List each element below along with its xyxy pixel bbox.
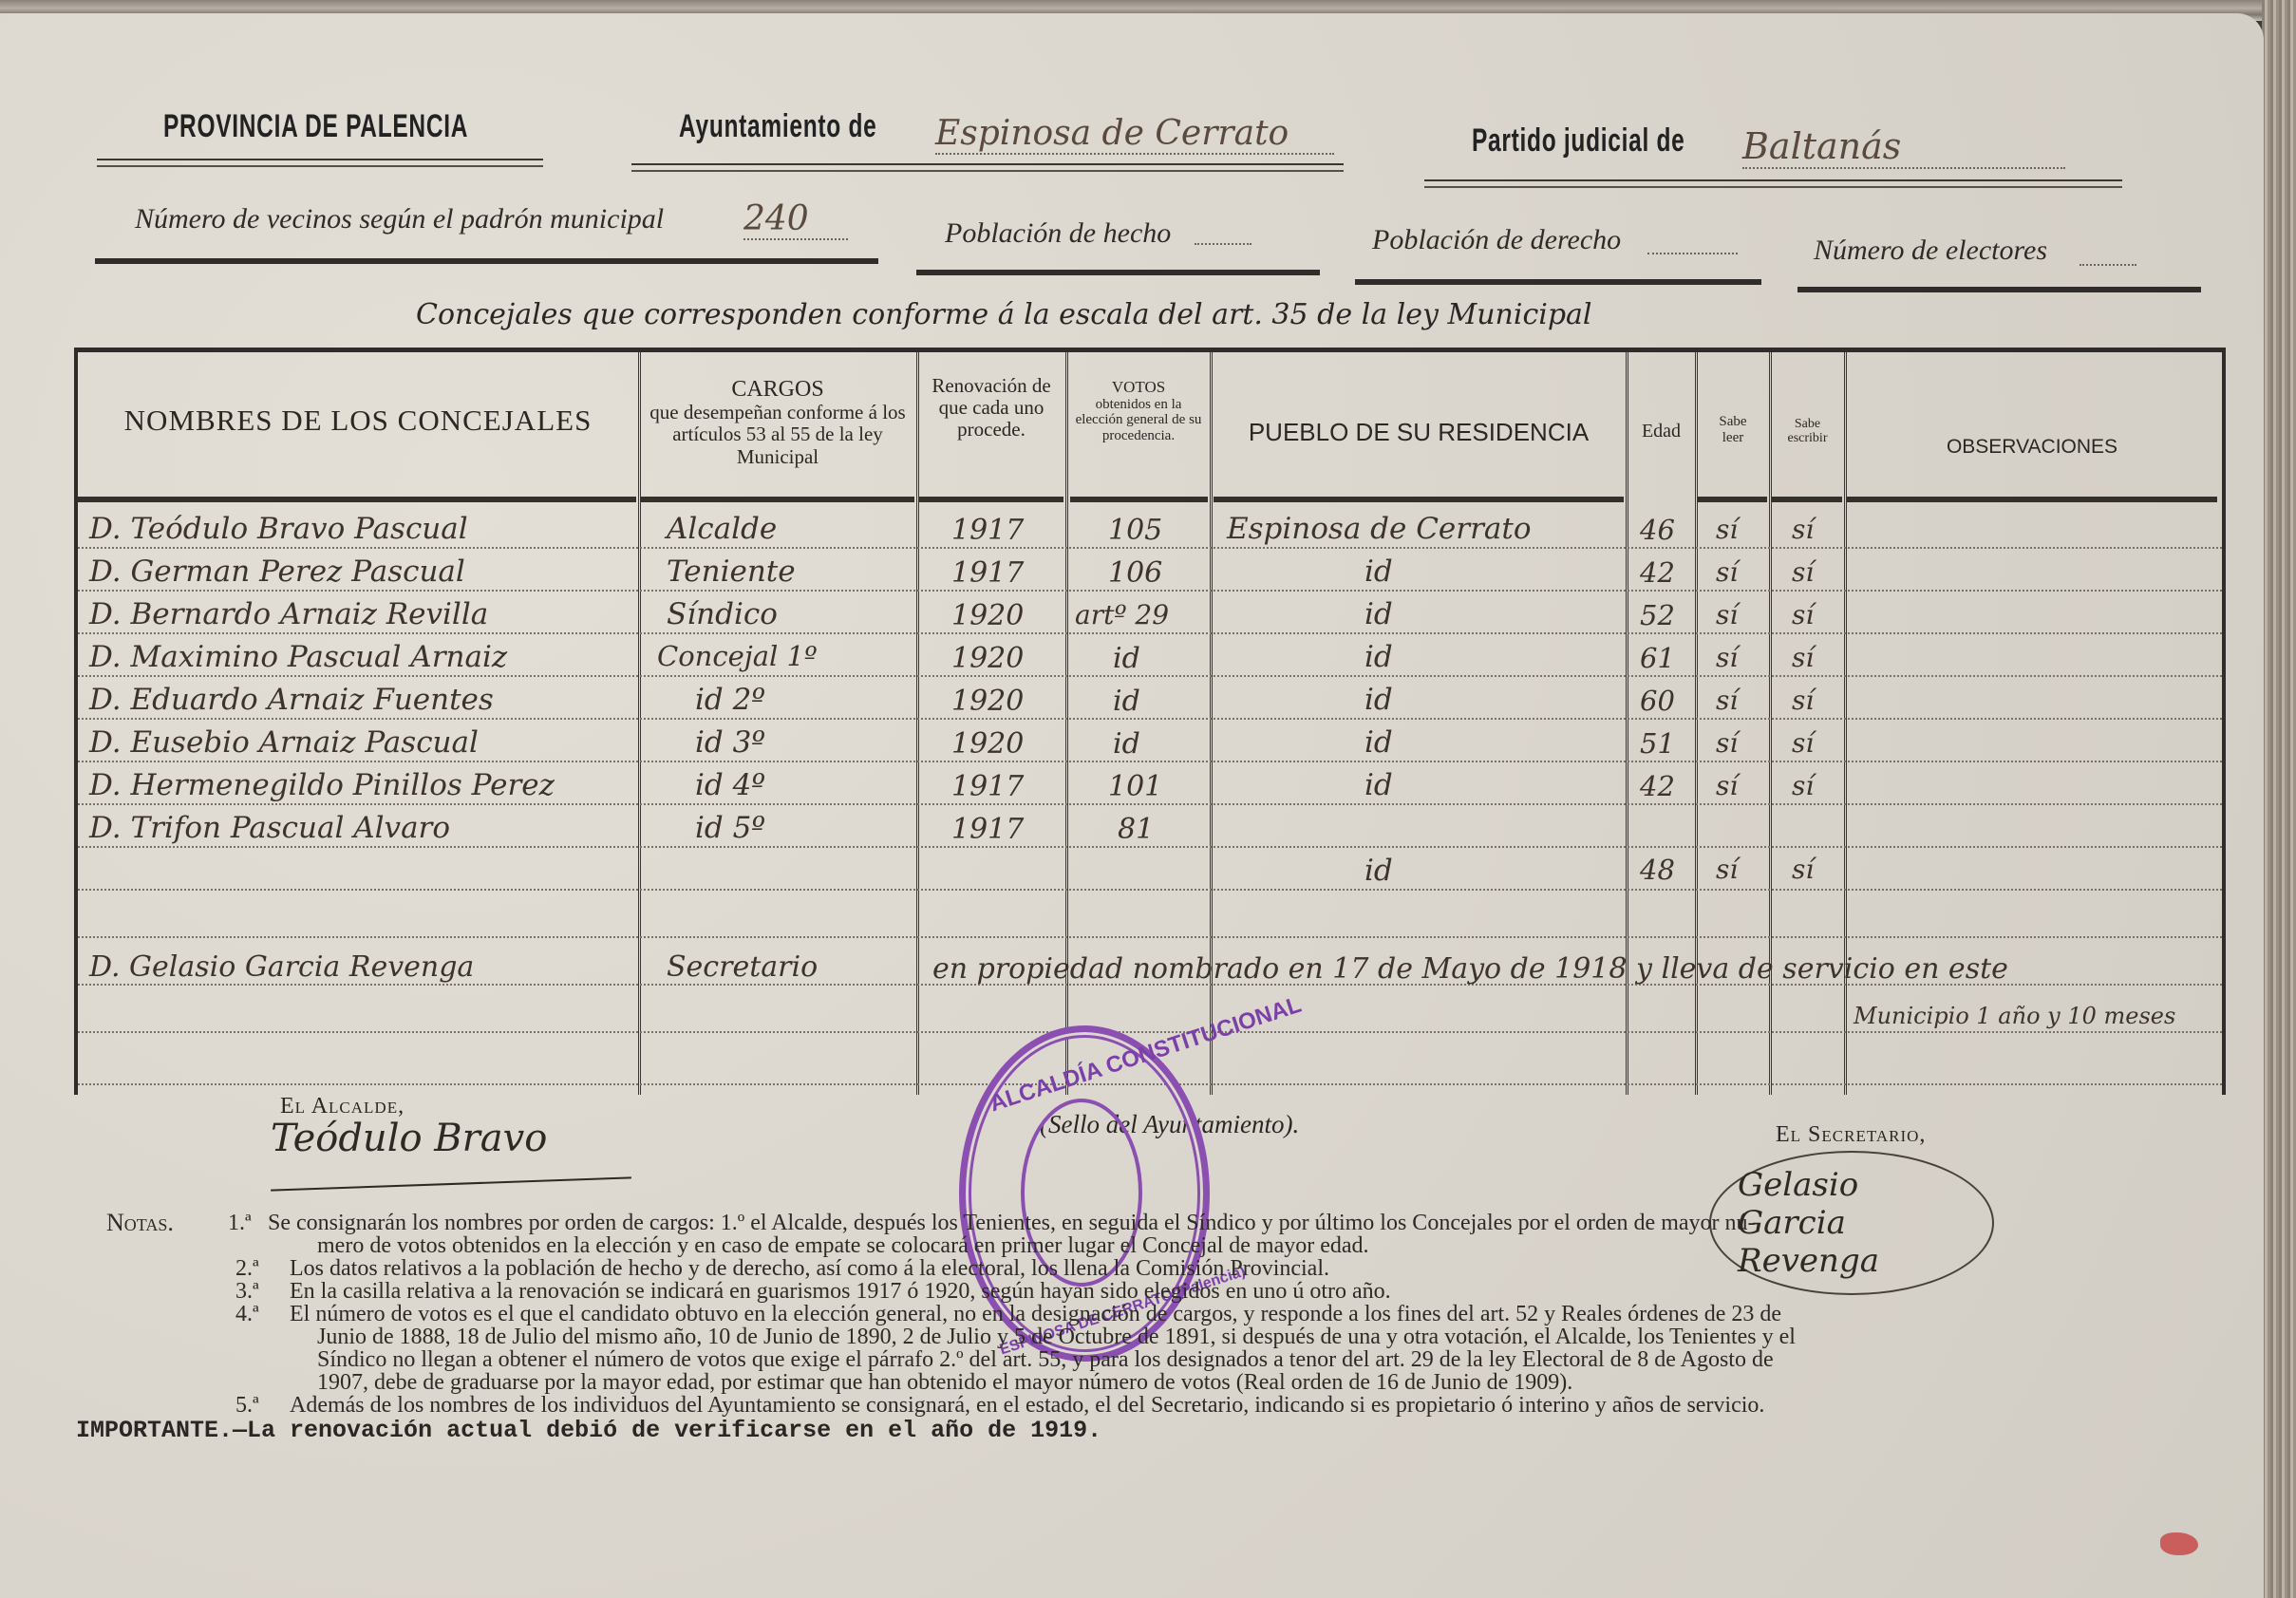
header-rule xyxy=(1070,497,1208,502)
row-line xyxy=(78,718,2222,720)
cell-nombre: D. Maximino Pascual Arnaiz xyxy=(89,640,507,674)
header-rule xyxy=(641,497,914,502)
cell-votos: id xyxy=(1113,642,1140,675)
cell-votos: 101 xyxy=(1108,770,1162,803)
cell-renovacion: 1920 xyxy=(951,642,1024,675)
vecinos-value: 240 xyxy=(743,199,848,240)
cell-nombre: D. Eusebio Arnaiz Pascual xyxy=(89,725,479,760)
electores-label: Número de electores xyxy=(1814,235,2047,267)
cell-renovacion: 1920 xyxy=(951,727,1024,761)
note-5-num: 5.ª xyxy=(235,1394,259,1417)
cell-pueblo: id xyxy=(1364,854,1393,888)
note-1-num: 1.ª xyxy=(228,1212,252,1234)
cell-cargo: id 5º xyxy=(695,811,765,845)
note-4-num: 4.ª xyxy=(235,1303,259,1325)
vecinos-label: Número de vecinos según el padrón munici… xyxy=(135,203,664,235)
note-4-line-4: 1907, debe de graduarse por la mayor eda… xyxy=(317,1371,1572,1394)
cell-pueblo: id xyxy=(1364,683,1393,717)
cell-sabe-leer: sí xyxy=(1716,854,1738,885)
header-observaciones: OBSERVACIONES xyxy=(1846,436,2218,458)
alcalde-label: El Alcalde, xyxy=(280,1094,405,1119)
row-line xyxy=(78,889,2222,891)
divider xyxy=(1797,287,2201,292)
cell-pueblo: id xyxy=(1364,768,1393,802)
cell-sabe-leer: sí xyxy=(1716,727,1738,759)
secretario-observacion-cont: Municipio 1 año y 10 meses xyxy=(1854,1003,2175,1029)
cell-nombre: D. Bernardo Arnaiz Revilla xyxy=(89,597,488,631)
note-3-line-1: En la casilla relativa a la renovación s… xyxy=(290,1280,1391,1303)
header-sabe-leer: Sabe leer xyxy=(1697,414,1769,445)
cell-sabe-escribir: sí xyxy=(1792,854,1814,885)
cell-cargo: id 2º xyxy=(695,683,765,717)
divider xyxy=(631,163,1344,172)
ayuntamiento-value: Espinosa de Cerrato xyxy=(935,114,1334,155)
header-rule xyxy=(1772,497,1842,502)
importante-notice: IMPORTANTE.—La renovación actual debió d… xyxy=(76,1417,1101,1444)
header-edad: Edad xyxy=(1628,421,1695,442)
alcalde-signature: Teódulo Bravo xyxy=(271,1117,547,1160)
cell-edad: 52 xyxy=(1640,599,1675,631)
cell-edad: 46 xyxy=(1640,514,1675,546)
divider xyxy=(1355,279,1761,285)
cell-pueblo: id xyxy=(1364,555,1393,589)
header-cargos-sub: que desempeñan conforme á los artículos … xyxy=(640,402,915,467)
header-pueblo: PUEBLO DE SU RESIDENCIA xyxy=(1212,419,1626,446)
cell-sabe-escribir: sí xyxy=(1792,727,1814,759)
cell-pueblo: id xyxy=(1364,597,1393,631)
cell-cargo: id 3º xyxy=(695,725,765,760)
cell-renovacion: 1920 xyxy=(951,685,1024,718)
cell-sabe-leer: sí xyxy=(1716,642,1738,673)
note-1-line-1: Se consignarán los nombres por orden de … xyxy=(268,1212,1756,1234)
importante-label: IMPORTANTE. xyxy=(76,1417,233,1444)
row-line xyxy=(78,547,2222,549)
cell-sabe-escribir: sí xyxy=(1792,642,1814,673)
cell-sabe-escribir: sí xyxy=(1792,556,1814,588)
divider xyxy=(916,270,1320,275)
row-line xyxy=(78,1031,2222,1033)
header-rule xyxy=(1698,497,1767,502)
notes-label: Notas. xyxy=(106,1212,174,1234)
cell-cargo: Alcalde xyxy=(667,512,777,546)
header-nombres: NOMBRES DE LOS CONCEJALES xyxy=(78,404,638,437)
row-line xyxy=(78,590,2222,592)
cell-sabe-escribir: sí xyxy=(1792,770,1814,801)
cell-votos: 106 xyxy=(1108,556,1162,590)
cell-nombre: D. Hermenegildo Pinillos Perez xyxy=(89,768,555,802)
cell-votos: id xyxy=(1113,727,1140,761)
cell-sabe-escribir: sí xyxy=(1792,685,1814,716)
cell-edad: 51 xyxy=(1640,727,1675,760)
row-line xyxy=(78,803,2222,805)
poblacion-derecho-value xyxy=(1647,251,1738,254)
header-rule xyxy=(1847,497,2217,502)
header-renovacion: Renovación de que cada uno procede. xyxy=(918,375,1064,441)
document-page: PROVINCIA DE PALENCIA Ayuntamiento de Es… xyxy=(0,13,2264,1598)
note-4-line-1: El número de votos es el que el candidat… xyxy=(290,1303,1781,1325)
poblacion-hecho-value xyxy=(1195,241,1252,245)
cell-edad: 42 xyxy=(1640,556,1675,589)
ayuntamiento-label: Ayuntamiento de xyxy=(679,108,876,145)
cell-votos: artº 29 xyxy=(1075,599,1169,630)
row-line xyxy=(78,846,2222,848)
cell-renovacion: 1917 xyxy=(951,514,1024,547)
cell-sabe-leer: sí xyxy=(1716,514,1738,545)
partido-judicial-label: Partido judicial de xyxy=(1472,122,1685,160)
cell-renovacion: 1917 xyxy=(951,813,1024,846)
header-rule xyxy=(919,497,1063,502)
cell-sabe-leer: sí xyxy=(1716,770,1738,801)
cell-cargo: Concejal 1º xyxy=(657,640,818,672)
cell-edad: 48 xyxy=(1640,854,1675,886)
book-page-edge-right xyxy=(2262,0,2296,1598)
cell-edad: 60 xyxy=(1640,685,1675,717)
divider xyxy=(1424,179,2122,188)
header-rule xyxy=(78,497,636,502)
cell-nombre: D. Gelasio Garcia Revenga xyxy=(89,950,474,984)
header-votos: VOTOS obtenidos en la elección general d… xyxy=(1067,379,1210,443)
electores-value xyxy=(2080,262,2136,266)
cell-nombre: D. Eduardo Arnaiz Fuentes xyxy=(89,683,494,717)
header-votos-sub: obtenidos en la elección general de su p… xyxy=(1067,397,1210,444)
cell-votos: id xyxy=(1113,685,1140,718)
cell-renovacion: 1917 xyxy=(951,556,1024,590)
header-cargos-title: CARGOS xyxy=(640,377,915,402)
concejales-table: NOMBRES DE LOS CONCEJALES CARGOS que des… xyxy=(74,348,2226,1095)
cell-nombre: D. German Perez Pascual xyxy=(89,555,465,589)
cell-sabe-leer: sí xyxy=(1716,685,1738,716)
cell-cargo: Síndico xyxy=(667,597,778,631)
divider xyxy=(95,258,878,264)
poblacion-hecho-label: Población de hecho xyxy=(945,217,1171,250)
cell-edad: 61 xyxy=(1640,642,1675,674)
secretario-label: El Secretario, xyxy=(1776,1122,1926,1148)
cell-votos: 105 xyxy=(1108,514,1162,547)
cell-votos: 81 xyxy=(1118,813,1154,846)
header-rule xyxy=(1214,497,1624,502)
header-sabe-escribir: Sabe escribir xyxy=(1771,417,1844,446)
note-2-num: 2.ª xyxy=(235,1257,259,1280)
cell-edad: 42 xyxy=(1640,770,1675,802)
cell-pueblo: Espinosa de Cerrato xyxy=(1227,512,1532,546)
cell-sabe-escribir: sí xyxy=(1792,514,1814,545)
row-line xyxy=(78,936,2222,938)
cell-cargo: Secretario xyxy=(667,950,818,984)
note-4-line-2: Junio de 1888, 18 de Julio del mismo año… xyxy=(317,1325,1796,1348)
cell-cargo: id 4º xyxy=(695,768,765,802)
divider xyxy=(97,159,543,167)
provincia-heading: PROVINCIA DE PALENCIA xyxy=(163,108,468,145)
secretario-observacion: en propiedad nombrado en 17 de Mayo de 1… xyxy=(932,952,2008,986)
importante-text: —La renovación actual debió de verificar… xyxy=(233,1417,1101,1444)
cell-pueblo: id xyxy=(1364,725,1393,760)
cell-renovacion: 1920 xyxy=(951,599,1024,632)
cell-sabe-leer: sí xyxy=(1716,556,1738,588)
cell-sabe-leer: sí xyxy=(1716,599,1738,630)
note-3-num: 3.ª xyxy=(235,1280,259,1303)
row-line xyxy=(78,675,2222,677)
cell-cargo: Teniente xyxy=(667,555,796,589)
note-2-line-1: Los datos relativos a la población de he… xyxy=(290,1257,1329,1280)
signature-flourish xyxy=(271,1176,631,1191)
cell-sabe-escribir: sí xyxy=(1792,599,1814,630)
cell-renovacion: 1917 xyxy=(951,770,1024,803)
note-5-line-1: Además de los nombres de los individuos … xyxy=(290,1394,1764,1417)
header-votos-title: VOTOS xyxy=(1067,379,1210,397)
note-4-line-3: Síndico no llegan a obtener el número de… xyxy=(317,1348,1774,1371)
note-1-line-2: mero de votos obtenidos en la elección y… xyxy=(317,1234,1369,1257)
cell-nombre: D. Teódulo Bravo Pascual xyxy=(89,512,468,546)
cell-nombre: D. Trifon Pascual Alvaro xyxy=(89,811,450,845)
red-ink-mark xyxy=(2160,1532,2198,1555)
row-line xyxy=(78,632,2222,634)
table-title: Concejales que corresponden conforme á l… xyxy=(416,298,1592,331)
cell-pueblo: id xyxy=(1364,640,1393,674)
header-cargos: CARGOS que desempeñan conforme á los art… xyxy=(640,377,915,468)
poblacion-derecho-label: Población de derecho xyxy=(1372,224,1621,256)
partido-judicial-value: Baltanás xyxy=(1742,125,2065,169)
row-line xyxy=(78,761,2222,762)
